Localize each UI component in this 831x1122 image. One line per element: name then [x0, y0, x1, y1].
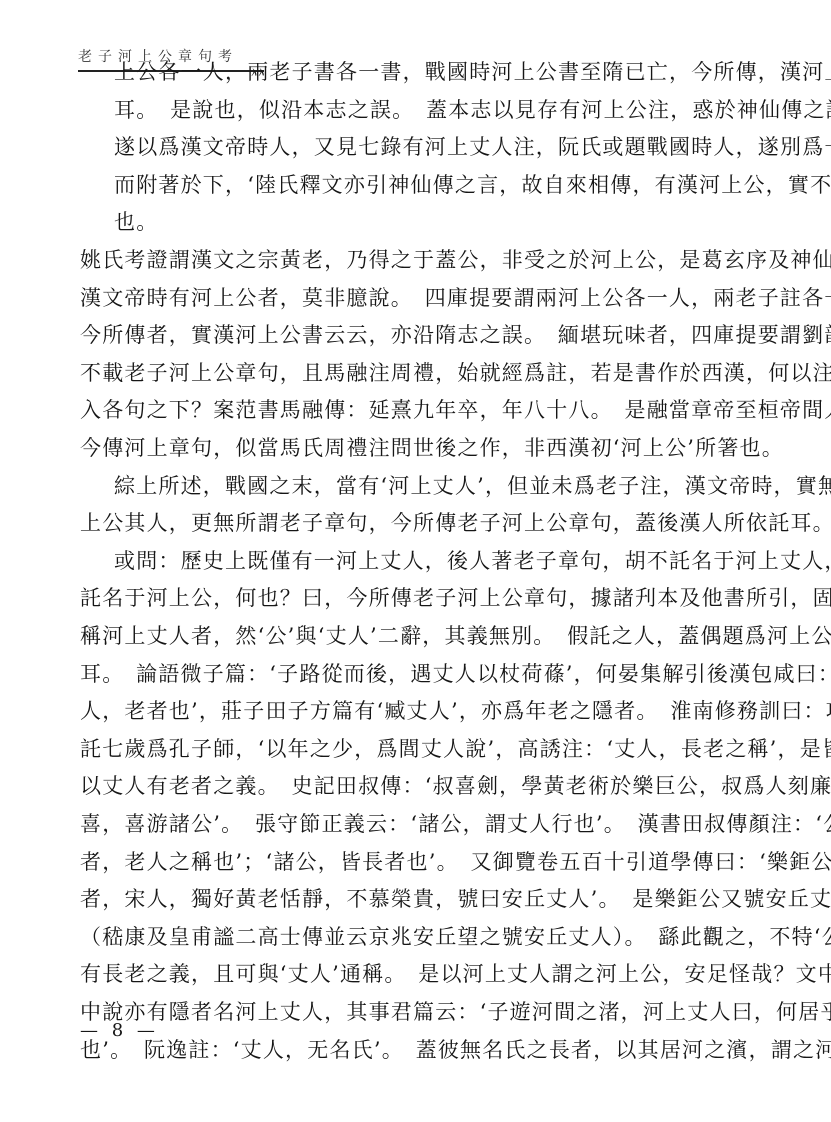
text-line: 人，老者也’，莊子田子方篇有‘臧丈人’，亦爲年老之隱者。 淮南修務訓曰：項: [80, 697, 831, 725]
page-number: — 8 —: [80, 1020, 159, 1041]
text-line: 上公其人，更無所謂老子章句，今所傳老子河上公章句，蓋後漢人所依託耳。: [80, 509, 831, 537]
text-line: 耳。 論語微子篇：‘子路從而後，遇丈人以杖荷蓧’，何晏集解引後漢包咸曰：‘丈: [80, 660, 831, 688]
text-line: （嵇康及皇甫謐二高士傳並云京兆安丘望之號安丘丈人）。 繇此觀之，不特‘公’: [80, 923, 831, 951]
text-line: 入各句之下？案范書馬融傳：延熹九年卒，年八十八。 是融當章帝至桓帝間人，則: [80, 396, 831, 424]
text-line: 有長老之義，且可與‘丈人’通稱。 是以河上丈人謂之河上公，安足怪哉？文中子: [80, 960, 831, 988]
text-line: 稱河上丈人者，然‘公’與‘丈人’二辭，其義無別。 假託之人，蓋偶題爲河上公: [80, 622, 831, 650]
text-line: 上公各一人，兩老子書各一書，戰國時河上公書至隋已亡，今所傳，漢河上公書: [114, 58, 831, 86]
text-line: 姚氏考證謂漢文之宗黃老，乃得之于蓋公，非受之於河上公，是葛玄序及神仙傳以爲: [80, 246, 831, 274]
text-line: 耳。 是說也，似沿本志之誤。 蓋本志以見存有河上公注，惑於神仙傳之說，: [114, 96, 831, 124]
text-line: 或問：歷史上既僅有一河上丈人，後人著老子章句，胡不託名于河上丈人，而乃: [114, 547, 831, 575]
text-line: 託七歲爲孔子師，‘以年之少，爲閭丈人說’，高誘注：‘丈人，長老之稱’，是皆: [80, 735, 831, 763]
text-line: 也’。 阮逸註：‘丈人，无名氏’。 蓋彼無名氏之長者，以其居河之濱，謂之河: [80, 1036, 831, 1064]
text-line: 也。: [114, 208, 158, 236]
text-line: 託名于河上公，何也？曰，今所傳老子河上公章句，據諸刋本及他書所引，固未有題: [80, 584, 831, 612]
text-line: 不載老子河上公章句，且馬融注周禮，始就經爲註，若是書作於西漢，何以注文已散: [80, 359, 831, 387]
text-line: 以丈人有老者之義。 史記田叔傳：‘叔喜劍，學黃老術於樂巨公，叔爲人刻廉自: [80, 772, 831, 800]
text-line: 而附著於下，‘陸氏釋文亦引神仙傳之言，故自來相傳，有漢河上公，實不然: [114, 171, 831, 199]
text-line: 綜上所述，戰國之末，當有‘河上丈人’，但並未爲老子注，漢文帝時，實無河: [114, 472, 831, 500]
text-line: 遂以爲漢文帝時人，又見七錄有河上丈人注，阮氏或題戰國時人，遂別爲一家，: [114, 133, 831, 161]
text-line: 喜，喜游諸公’。 張守節正義云：‘諸公，謂丈人行也’。 漢書田叔傳顏注：‘公: [80, 810, 831, 838]
text-line: 今傳河上章句，似當馬氏周禮注問世後之作，非西漢初‘河上公’所箸也。: [80, 434, 784, 462]
text-line: 者，宋人，獨好黃老恬靜，不慕榮貴，號曰安丘丈人’。 是樂鉅公又號安丘丈人: [80, 885, 831, 913]
text-line: 中說亦有隱者名河上丈人，其事君篇云：‘子遊河間之渚，河上丈人曰，何居乎斯人: [80, 998, 831, 1026]
text-line: 者，老人之稱也’；‘諸公，皆長者也’。 又御覽卷五百十引道學傳曰：‘樂鉅公: [80, 848, 831, 876]
text-line: 漢文帝時有河上公者，莫非臆說。 四庫提要謂兩河上公各一人，兩老子註各一書，: [80, 284, 831, 312]
text-line: 今所傳者，實漢河上公書云云，亦沿隋志之誤。 緬堪玩味者，四庫提要謂劉歆七略: [80, 321, 831, 349]
